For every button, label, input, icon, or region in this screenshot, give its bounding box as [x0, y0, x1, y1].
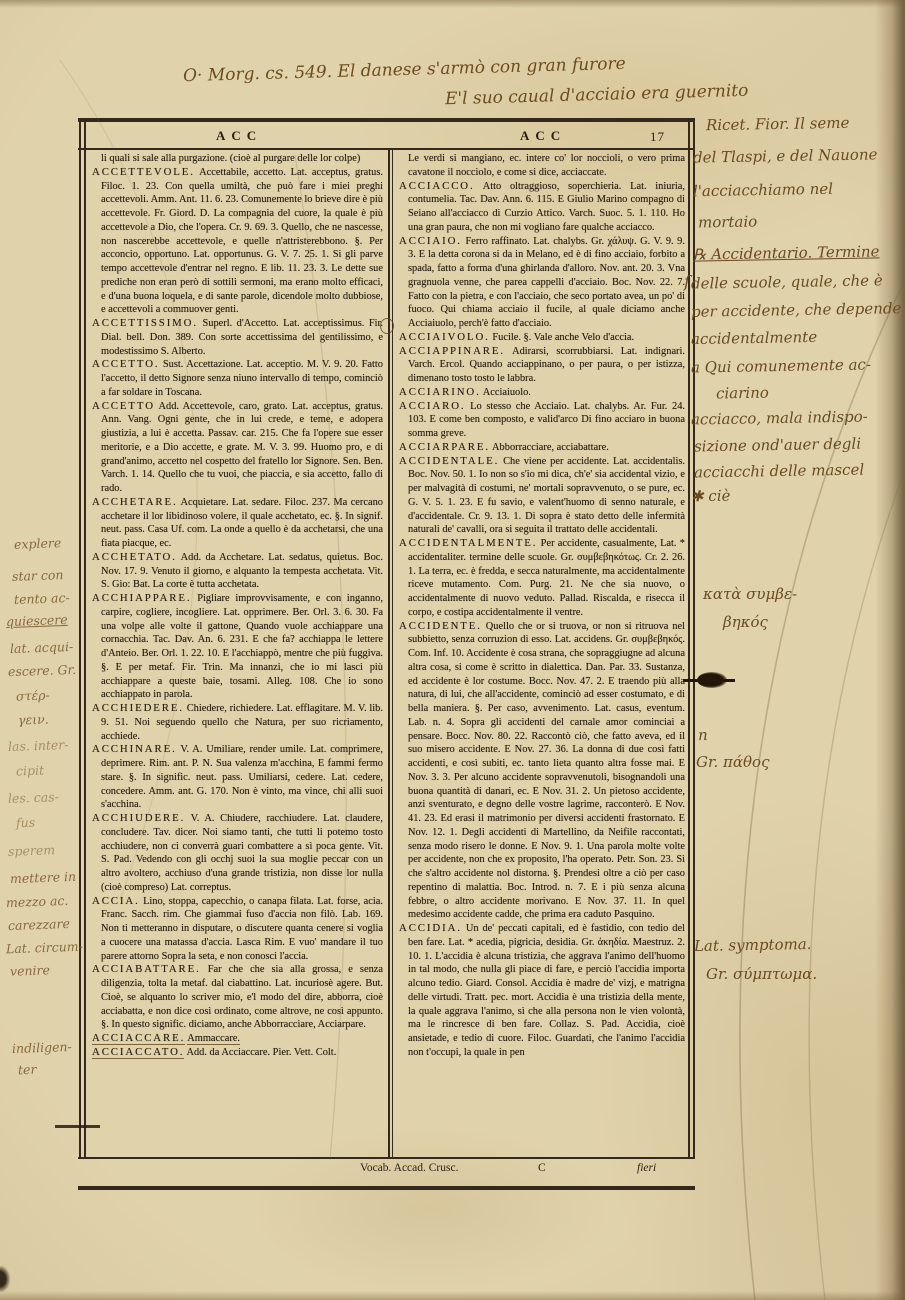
frame-rule-under-header [78, 148, 695, 150]
headword: ACCHETARE. [92, 496, 178, 508]
entry-text: Ammaccare. [187, 1033, 240, 1045]
entry-text: Un de' peccati capitali, ed è fastidio, … [408, 923, 685, 1058]
margin-note: lat. acqui- [10, 639, 74, 656]
entry-text: li quali si sale alla purgazione. (cioè … [101, 153, 360, 164]
dict-entry: ACCIAIVOLO. Fucile. §. Vale anche Velo d… [399, 331, 685, 345]
entry-text: Accettabile, accetto. Lat. acceptus, gra… [101, 167, 383, 316]
headword: ACCIA. [92, 895, 140, 907]
headword: ACCHIAPPARE. [92, 592, 192, 604]
margin-note: mettere in [10, 869, 77, 886]
dict-entry: ACCHIEDERE. Chiedere, richiedere. Lat. e… [92, 702, 383, 743]
margin-note: cipit [16, 763, 45, 779]
dict-entry: ACCIABATTARE. Far che che sia alla gross… [92, 963, 383, 1032]
frame-rule-left-inner [84, 122, 86, 1158]
margin-note: a Qui comunemente ac- [691, 355, 871, 376]
headword: ACCHINARE. [92, 743, 177, 755]
dict-entry: ACCIACCARE. Ammaccare. [92, 1032, 383, 1046]
entry-text: Acciaiuolo. [483, 387, 531, 398]
print-column-right: Le verdi si mangiano, ec. intere co' lor… [399, 152, 685, 1154]
page-top-edge [0, 0, 905, 8]
margin-note: explere [14, 535, 62, 552]
margin-note-greek: Gr. σύμπτωμα. [706, 965, 817, 983]
margin-note: l'acciacchiamo nel [693, 180, 833, 200]
margin-note: acciacco, mala indispo- [691, 407, 868, 428]
dict-entry: ACCIARO. Lo stesso che Acciaio. Lat. cha… [399, 400, 685, 441]
dict-entry: ACCIAPPINARE. Adirarsi, scorrubbiarsi. L… [399, 345, 685, 386]
margin-note: ℞ Accidentario. Termine [693, 242, 880, 263]
frame-rule-above-footer [78, 1157, 695, 1159]
handwritten-quote-line-1: O· Morg. cs. 549. El danese s'armò con g… [183, 54, 626, 86]
dict-entry: ACCETTO. Sust. Accettazione. Lat. accept… [92, 358, 383, 399]
dict-entry: li quali si sale alla purgazione. (cioè … [92, 152, 383, 166]
dict-entry: ACCIDENTALE. Che viene per accidente. La… [399, 455, 685, 538]
margin-note-greek: βηκός [723, 613, 768, 631]
page-bottom-edge [0, 1291, 905, 1300]
margin-note: delle scuole, quale, che è [691, 271, 883, 292]
margin-note: ciarino [716, 384, 769, 403]
margin-note: Ricet. Fior. Il seme [706, 114, 850, 135]
entry-text: Ferro raffinato. Lat. chalybs. Gr. χάλυψ… [408, 236, 685, 330]
dict-entry: ACCHETATO. Add. da Acchetare. Lat. sedat… [92, 551, 383, 592]
margin-note: sperem [8, 842, 56, 859]
entry-text: Lino, stoppa, capecchio, o canapa filata… [101, 896, 383, 962]
frame-rule-divider-outer [388, 150, 390, 1158]
scanned-dictionary-page: { "header": { "running_left": "ACC", "ru… [0, 0, 905, 1300]
headword: ACCHIUDERE. [92, 812, 185, 824]
frame-rule-top [78, 118, 695, 122]
dict-entry: ACCETTO Add. Accettevole, caro, grato. L… [92, 400, 383, 496]
margin-note: del Tlaspi, e del Nauone [693, 145, 878, 166]
margin-note: carezzare [8, 916, 70, 933]
page-number: 17 [650, 129, 665, 145]
margin-note: las. inter- [8, 737, 69, 754]
dict-entry: ACCIDENTE. Quello che or si truova, or n… [399, 620, 685, 923]
entry-text: Le verdi si mangiano, ec. intere co' lor… [408, 153, 685, 178]
entry-text: Add. da Acciaccare. Pier. Vett. Colt. [186, 1047, 336, 1058]
margin-note: n [698, 726, 708, 744]
entry-text: V. A. Chiudere, racchiudere. Lat. claude… [101, 813, 383, 893]
running-head-right: ACC [520, 128, 566, 144]
headword: ACCIACCO. [399, 180, 475, 192]
margin-note: sizione ond'auer degli [694, 435, 861, 456]
hand-dash-mark [55, 1125, 100, 1128]
running-head-left: ACC [216, 128, 262, 144]
headword: ACCIARO. [399, 400, 466, 412]
margin-note: acciacchi delle mascel [694, 461, 864, 482]
margin-note: indiligen- [12, 1039, 72, 1056]
dict-entry: ACCHIAPPARE. Pigliare improvvisamente, e… [92, 592, 383, 702]
headword: ACCIARINO. [399, 386, 481, 398]
margin-note: ter [18, 1062, 37, 1078]
entry-text: Pigliare improvvisamente, e con inganno,… [101, 593, 383, 700]
dict-entry: ACCHETARE. Acquietare. Lat. sedare. Filo… [92, 496, 383, 551]
headword: ACCIAIO. [399, 235, 462, 247]
entry-text: Che viene per accidente. Lat. accidental… [408, 456, 685, 536]
headword: ACCETTO. [92, 358, 160, 370]
entry-text: Fucile. §. Vale anche Velo d'accia. [492, 332, 634, 343]
page-right-edge [875, 0, 905, 1300]
headword: ACCIACCARE. [92, 1032, 185, 1045]
margin-note-greek: γειν. [18, 711, 49, 727]
margin-note-greek: στέρ- [16, 687, 50, 703]
margin-note: les. cas- [8, 789, 59, 806]
headword: ACCETTISSIMO. [92, 317, 198, 329]
entry-text: Add. Accettevole, caro, grato. Lat. acce… [101, 401, 383, 495]
dict-entry: ACCIACCATO. Add. da Acciaccare. Pier. Ve… [92, 1046, 383, 1060]
margin-note: mezzo ac. [6, 893, 69, 910]
dict-entry: ACCETTEVOLE. Accettabile, accetto. Lat. … [92, 166, 383, 317]
frame-rule-divider-inner [392, 150, 394, 1158]
footer-catchword: fieri [637, 1162, 656, 1174]
frame-rule-bottom [78, 1186, 695, 1190]
dict-entry: ACCETTISSIMO. Superl. d'Accetto. Lat. ac… [92, 317, 383, 358]
headword: ACCHETATO. [92, 551, 177, 563]
margin-note: accidentalmente [691, 328, 817, 348]
margin-note: Lat. circum- [6, 939, 83, 957]
headword: ACCIAPPINARE. [399, 345, 505, 357]
hand-circle-mark [380, 318, 394, 334]
dict-entry: ACCIAIO. Ferro raffinato. Lat. chalybs. … [399, 235, 685, 331]
headword: ACCIDENTALMENTE. [399, 537, 537, 549]
margin-note-greek: Gr. πάθος [696, 753, 770, 771]
dict-entry: ACCIDIA. Un de' peccati capitali, ed è f… [399, 922, 685, 1060]
handwritten-quote-line-2: E'l suo caual d'acciaio era guernito [445, 81, 749, 109]
margin-note: mortaio [698, 212, 758, 231]
entry-text: Quello che or si truova, or non si ritru… [408, 621, 685, 921]
entry-text: Per accidente, casualmente, Lat. * accid… [408, 538, 685, 618]
headword: ACCIARPARE. [399, 441, 490, 453]
headword: ACCIDENTALE. [399, 455, 499, 467]
dict-entry: ACCIARINO. Acciaiuolo. [399, 386, 685, 400]
headword: ACCIDIA. [399, 922, 462, 934]
headword: ACCETTEVOLE. [92, 166, 195, 178]
frame-rule-left-outer [79, 122, 81, 1158]
margin-note: ✱ ciè [691, 487, 731, 506]
margin-note: per accidente, che depende [691, 299, 902, 321]
margin-note: Lat. symptoma. [694, 935, 812, 955]
ink-corner-blot [0, 1266, 10, 1292]
dict-entry: ACCIACCO. Atto oltraggioso, soperchieria… [399, 180, 685, 235]
headword: ACCIAIVOLO. [399, 331, 490, 343]
entry-text: Abborracciare, acciabattare. [492, 442, 609, 453]
dict-entry: ACCHIUDERE. V. A. Chiudere, racchiudere.… [92, 812, 383, 895]
headword: ACCETTO [92, 400, 155, 412]
headword: ACCIABATTARE. [92, 963, 201, 975]
dict-entry: ACCIARPARE. Abborracciare, acciabattare. [399, 441, 685, 455]
dict-entry: ACCIDENTALMENTE. Per accidente, casualme… [399, 537, 685, 620]
margin-note: fus [16, 815, 36, 831]
headword: ACCHIEDERE. [92, 702, 184, 714]
margin-note: venire [10, 962, 50, 978]
hand-squiggle-mark: ſ [684, 272, 690, 291]
margin-note: star con [12, 567, 64, 584]
footer-signature-mark: C [538, 1162, 546, 1174]
dict-entry: ACCIA. Lino, stoppa, capecchio, o canapa… [92, 895, 383, 964]
headword: ACCIDENTE. [399, 620, 482, 632]
margin-note: quiescere [6, 612, 68, 629]
headword: ACCIACCATO. [92, 1046, 184, 1059]
ink-blotch [697, 672, 727, 688]
print-column-left: li quali si sale alla purgazione. (cioè … [92, 152, 383, 1154]
margin-note: tento ac- [14, 590, 70, 607]
dict-entry: Le verdi si mangiano, ec. intere co' lor… [399, 152, 685, 180]
footer-imprint: Vocab. Accad. Crusc. [360, 1162, 458, 1174]
margin-note-greek: κατὰ συμβε- [703, 585, 797, 603]
margin-note: escere. Gr. [8, 662, 77, 679]
dict-entry: ACCHINARE. V. A. Umiliare, render umile.… [92, 743, 383, 812]
